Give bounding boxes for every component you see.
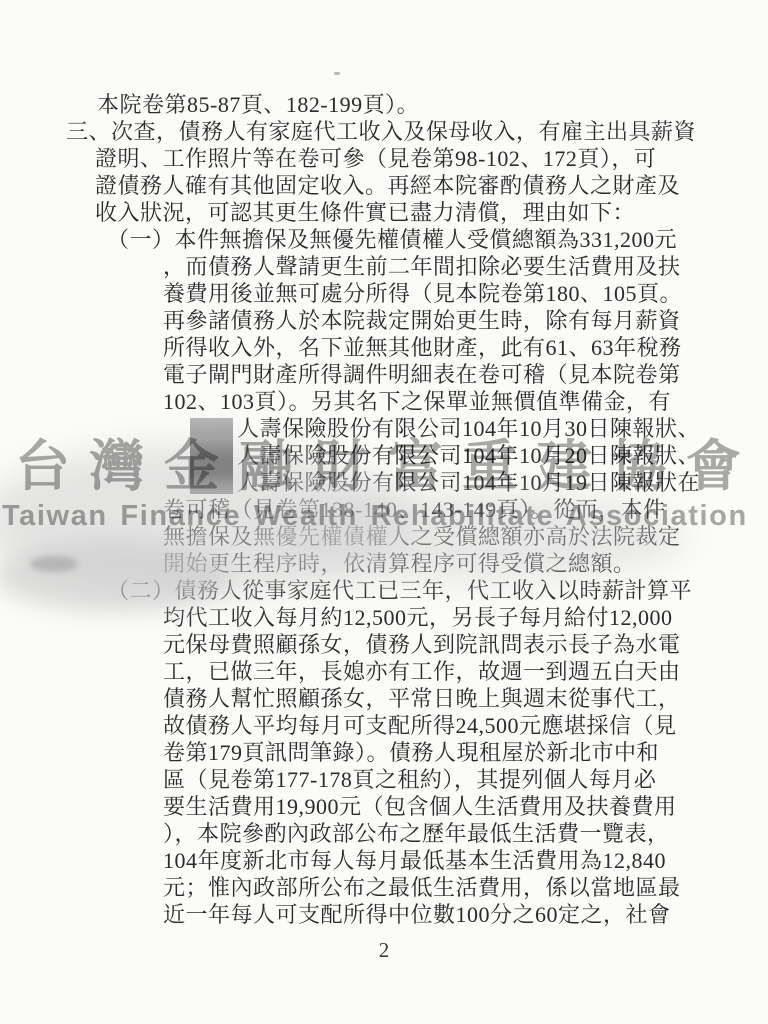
text-line: 102、103頁）。另其名下之保單並無價值準備金，有 bbox=[163, 388, 671, 415]
text-line: 要生活費用19,900元（包含個人生活費用及扶養費用 bbox=[163, 793, 677, 820]
text-line: 收入狀況，可認其更生條件實已盡力清償，理由如下： bbox=[95, 199, 635, 226]
text-line: 證債務人確有其他固定收入。再經本院審酌債務人之財產及 bbox=[95, 172, 680, 199]
text-line: 故債務人平均每月可支配所得24,500元應堪採信（見 bbox=[163, 712, 677, 739]
watermark-shadow-blob bbox=[0, 540, 230, 612]
text-line: 104年度新北市每人每月最低基本生活費用為12,840 bbox=[163, 847, 666, 874]
text-line: （一）本件無擔保及無優先權債權人受償總額為331,200元 bbox=[107, 226, 677, 253]
text-line: 債務人幫忙照顧孫女，平常日晚上與週末從事代工， bbox=[163, 685, 681, 712]
text-line: 本院卷第85-87頁、182-199頁）。 bbox=[97, 91, 419, 118]
text-line: 近一年每人可支配所得中位數100分之60定之，社會 bbox=[163, 901, 671, 928]
watermark-shadow-blob bbox=[255, 492, 685, 582]
text-line: 元；惟內政部所公布之最低生活費用，係以當地區最 bbox=[163, 874, 681, 901]
text-line: 養費用後並無可處分所得（見本院卷第180、105頁。 bbox=[163, 280, 682, 307]
text-line: 證明、工作照片等在卷可參（見卷第98-102、172頁），可 bbox=[95, 145, 656, 172]
text-line: 工，已做三年，長媳亦有工作，故週一到週五白天由 bbox=[163, 658, 681, 685]
text-line: 區（見卷第177-178頁之租約），其提列個人每月必 bbox=[163, 766, 656, 793]
text-line: 元保母費照顧孫女，債務人到院訊問表示長子為水電 bbox=[163, 631, 681, 658]
text-line: 再參諸債務人於本院裁定開始更生時，除有每月薪資 bbox=[163, 307, 681, 334]
text-line: 三、次查，債務人有家庭代工收入及保母收入，有雇主出具薪資 bbox=[66, 118, 696, 145]
text-line: ，而債務人聲請更生前二年間扣除必要生活費用及扶 bbox=[163, 253, 681, 280]
text-line: 人壽保險股份有限公司104年10月30日陳報狀、 bbox=[237, 415, 700, 442]
text-line: ），本院參酌內政部公布之歷年最低生活費一覽表， bbox=[163, 820, 670, 847]
watermark-shadow-blob bbox=[30, 556, 78, 572]
text-line: 均代工收入每月約12,500元，另長子每月給付12,000 bbox=[163, 604, 673, 631]
text-line: 卷第179頁訊問筆錄）。債務人現租屋於新北市中和 bbox=[163, 739, 659, 766]
page-number: 2 bbox=[0, 938, 768, 963]
scanned-court-document-page: 本院卷第85-87頁、182-199頁）。三、次查，債務人有家庭代工收入及保母收… bbox=[0, 0, 768, 1024]
text-line: 所得收入外，名下並無其他財產，此有61、63年稅務 bbox=[163, 334, 682, 361]
text-line: 電子閘門財產所得調件明細表在卷可稽（見本院卷第 bbox=[163, 361, 681, 388]
